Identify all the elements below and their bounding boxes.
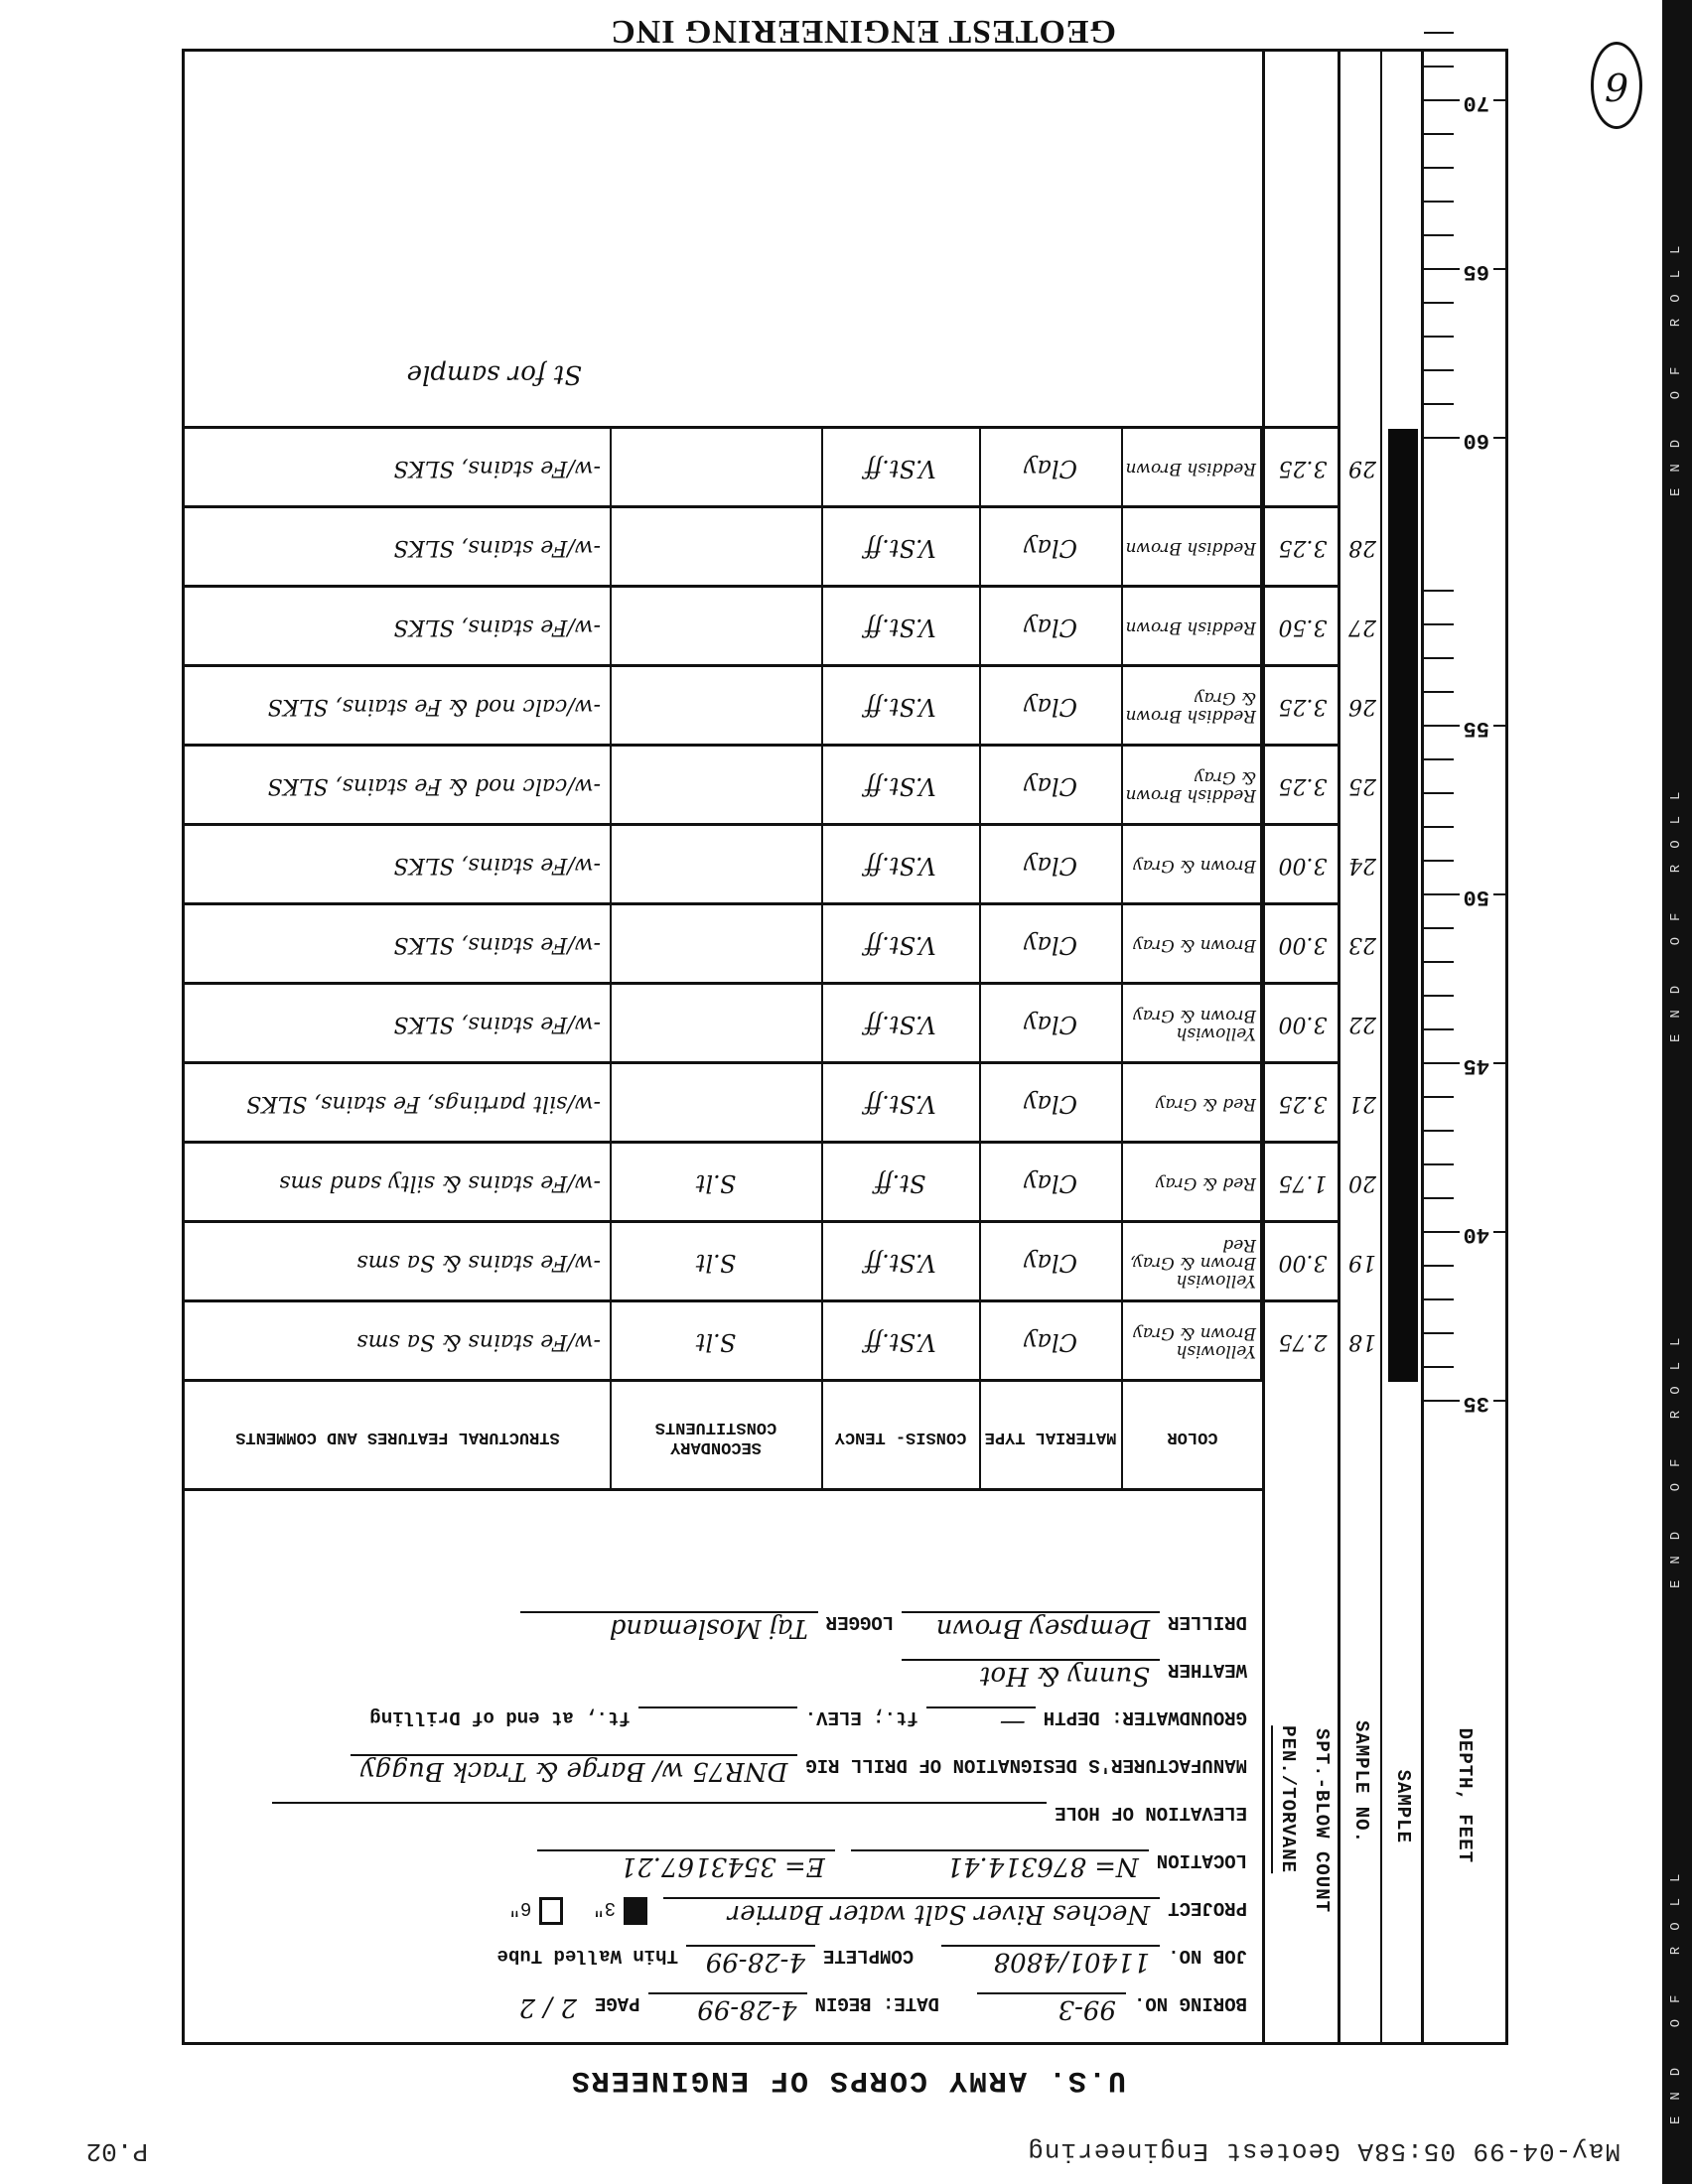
depth-minor-tick [1424,1298,1454,1300]
groundwater-depth-label: GROUNDWATER: DEPTH [1044,1706,1247,1728]
comment-cell: -w/Fe stains, SLKS [184,826,609,905]
depth-minor-tick [1424,1096,1454,1098]
blow-count-cell: 3.00 [1265,826,1340,905]
roll-text: END OF ROLL [1668,1858,1684,2124]
consistency-cell: St.ff [823,1144,978,1223]
table-row: 223.00Yellowish Brown & GrayClayV.St.ff-… [185,982,1340,1064]
material-cell: Clay [981,508,1120,588]
depth-tick-label: 55 [1460,716,1493,741]
material-cell: Clay [981,1223,1120,1302]
page-value: 2 / 2 [428,1992,587,2022]
job-no-label: JOB NO. [1168,1945,1247,1967]
complete-value: 4-28-99 [686,1945,815,1977]
consistency-cell: V.St.ff [823,667,978,747]
groundwater-elev-label: ft.; ELEV. [805,1706,918,1728]
secondary-cell [612,747,820,826]
sample-no-cell: 24 [1342,826,1382,905]
depth-minor-tick [1424,66,1454,68]
project-row: PROJECT Neches River Salt water Barrier … [509,1897,1247,1937]
consistency-cell: V.St.ff [823,905,978,985]
secondary-cell [612,667,820,747]
color-cell: Yellowish Brown & Gray, Red [1117,1223,1262,1302]
material-cell: Clay [981,747,1120,826]
comment-cell: -w/Fe stains, SLKS [184,429,609,508]
col-consistency: CONSIS- TENCY [821,1382,978,1491]
comment-cell: -w/Fe stains & Sa sms [184,1223,609,1302]
table-row: 293.25Reddish BrownClayV.St.ff-w/Fe stai… [185,426,1340,508]
header-info: BORING NO. 99-3 DATE: BEGIN 4-28-99 PAGE… [185,1488,1262,2042]
spt-blow-label: SPT.-BLOW COUNT [1311,1728,1333,1913]
column-divider [1121,429,1123,1382]
consistency-cell: V.St.ff [823,985,978,1064]
sample-no-cell: 27 [1342,588,1382,667]
depth-minor-tick [1424,590,1454,592]
depth-minor-tick [1424,1028,1454,1030]
depth-minor-tick [1424,1332,1454,1334]
depth-minor-tick [1424,623,1454,625]
consistency-cell: V.St.ff [823,1223,978,1302]
boring-no-value: 99-3 [977,1992,1126,2024]
color-cell: Reddish Brown [1117,429,1262,508]
end-of-roll-strip: END OF ROLL END OF ROLL END OF ROLL END … [1662,0,1692,2184]
location-east: E= 3543167.21 [537,1849,835,1881]
comment-cell: -w/Fe stains, SLKS [184,985,609,1064]
comment-cell: -w/Fe stains, SLKS [184,905,609,985]
consistency-cell: V.St.ff [823,588,978,667]
sample-no-cell: 20 [1342,1144,1382,1223]
material-cell: Clay [981,826,1120,905]
sample-no-cell: 21 [1342,1064,1382,1144]
depth-tick-label: 40 [1460,1222,1493,1247]
blow-count-cell: 3.25 [1265,429,1340,508]
pen-torvane-label: PEN./TORVANE [1271,1725,1299,1873]
consistency-cell: V.St.ff [823,1302,978,1382]
color-cell: Reddish Brown & Gray [1117,747,1262,826]
company-name: GEOTEST ENGINEERING INC [610,12,1116,50]
secondary-cell [612,1064,820,1144]
weather-row: WEATHER Sunny & Hot [894,1659,1247,1699]
color-cell: Reddish Brown & Gray [1117,667,1262,747]
fax-page-number: P.02 [86,2136,148,2166]
job-row: JOB NO. 11401/4808 COMPLETE 4-28-99 Thin… [497,1945,1247,1984]
color-cell: Yellowish Brown & Gray [1117,985,1262,1064]
comment-cell: -w/calc nod & Fe stains, SLKS [184,667,609,747]
depth-minor-tick [1424,961,1454,963]
driller-label: DRILLER [1168,1611,1247,1633]
sampler-6in-checkbox[interactable] [539,1897,563,1925]
blow-count-cell: 2.75 [1265,1302,1340,1382]
material-cell: Clay [981,429,1120,508]
depth-minor-tick [1424,927,1454,929]
depth-minor-tick [1424,201,1454,203]
boring-row: BORING NO. 99-3 DATE: BEGIN 4-28-99 PAGE… [420,1992,1247,2032]
sample-no-cell: 25 [1342,747,1382,826]
material-cell: Clay [981,905,1120,985]
blow-count-cell: 3.25 [1265,667,1340,747]
sample-no-cell: 26 [1342,667,1382,747]
depth-minor-tick [1424,1130,1454,1132]
fax-header: May-04-99 05:58A Geotest Engineering [1027,2136,1621,2166]
color-cell: Reddish Brown [1117,508,1262,588]
roll-text: END OF ROLL [1668,230,1684,496]
depth-label: DEPTH, FEET [1454,1728,1476,1863]
depth-minor-tick [1424,133,1454,135]
color-cell: Red & Gray [1117,1144,1262,1223]
comment-cell: -w/silt partings, Fe stains, SLKS [184,1064,609,1144]
depth-minor-tick [1424,657,1454,659]
boring-log-sheet: May-04-99 05:58A Geotest Engineering P.0… [0,0,1692,2184]
log-form: DEPTH, FEET SAMPLE SAMPLE NO. PEN./TORVA… [182,49,1508,2045]
drill-rig-label: MANUFACTURER'S DESIGNATION OF DRILL RIG [805,1754,1247,1776]
color-cell: Red & Gray [1117,1064,1262,1144]
table-row: 233.00Brown & GrayClayV.St.ff-w/Fe stain… [185,902,1340,985]
secondary-cell [612,826,820,905]
sample-no-cell: 18 [1342,1302,1382,1382]
table-row: 182.75Yellowish Brown & GrayClayV.St.ffS… [185,1299,1340,1382]
weather-label: WEATHER [1168,1659,1247,1681]
agency-title: U.S. ARMY CORPS OF ENGINEERS [570,2063,1126,2097]
color-cell: Brown & Gray [1117,905,1262,985]
material-cell: Clay [981,985,1120,1064]
column-headers: COLOR MATERIAL TYPE CONSIS- TENCY SECOND… [185,1379,1262,1491]
sample-no-cell: 19 [1342,1223,1382,1302]
material-cell: Clay [981,1302,1120,1382]
page-marker-circle: 6 [1591,42,1642,129]
table-row: 273.50Reddish BrownClayV.St.ff-w/Fe stai… [185,585,1340,667]
job-no-value: 11401/4808 [941,1945,1160,1977]
table-row: 193.00Yellowish Brown & Gray, RedClayV.S… [185,1220,1340,1302]
location-label: LOCATION [1157,1849,1247,1871]
sample-no-label: SAMPLE NO. [1350,1720,1372,1843]
table-row: 243.00Brown & GrayClayV.St.ff-w/Fe stain… [185,823,1340,905]
depth-minor-tick [1424,860,1454,862]
depth-minor-tick [1424,995,1454,997]
sample-no-cell: 28 [1342,508,1382,588]
comment-cell: -w/Fe stains, SLKS [184,588,609,667]
date-begin-label: DATE: BEGIN [815,1992,939,2014]
blow-count-cell: 3.00 [1265,1223,1340,1302]
table-row: 201.75Red & GrayClaySt.ffS.lt-w/Fe stain… [185,1141,1340,1223]
table-row: 283.25Reddish BrownClayV.St.ff-w/Fe stai… [185,505,1340,588]
depth-minor-tick [1424,32,1454,34]
blow-count-cell: 1.75 [1265,1144,1340,1223]
sample-no-cell: 29 [1342,429,1382,508]
complete-label: COMPLETE [823,1945,914,1967]
blow-count-cell: 3.25 [1265,747,1340,826]
consistency-cell: V.St.ff [823,747,978,826]
consistency-cell: V.St.ff [823,429,978,508]
drill-rig-row: MANUFACTURER'S DESIGNATION OF DRILL RIG … [343,1754,1247,1794]
comment-cell: -w/Fe stains, SLKS [184,508,609,588]
col-material: MATERIAL TYPE [979,1382,1120,1491]
blow-count-cell: 3.25 [1265,1064,1340,1144]
elevation-row: ELEVATION OF HOLE [264,1802,1247,1842]
blow-count-cell: 3.25 [1265,508,1340,588]
col-secondary: SECONDARY CONSTITUENTS [610,1382,820,1491]
blow-count-cell: 3.00 [1265,905,1340,985]
depth-minor-tick [1424,1197,1454,1199]
blow-count-cell: 3.00 [1265,985,1340,1064]
secondary-cell [612,588,820,667]
sample-recovery-bar [1388,429,1418,1382]
logger-label: LOGGER [826,1611,894,1633]
depth-minor-tick [1424,167,1454,169]
material-cell: Clay [981,1064,1120,1144]
depth-tick-label: 35 [1460,1391,1493,1416]
material-cell: Clay [981,588,1120,667]
depth-tick-label: 70 [1460,90,1493,115]
column-divider [1260,429,1262,1382]
project-label: PROJECT [1168,1897,1247,1919]
table-row: 213.25Red & GrayClayV.St.ff-w/silt parti… [185,1061,1340,1144]
roll-text: END OF ROLL [1668,1322,1684,1588]
logger-value: Taj Moslemand [520,1611,818,1643]
secondary-cell [612,905,820,985]
sample-no-cell: 22 [1342,985,1382,1064]
roll-text: END OF ROLL [1668,776,1684,1042]
elevation-value [272,1802,1047,1804]
comment-cell: -w/Fe stains & silty sand sms [184,1144,609,1223]
driller-value: Dempsey Brown [902,1611,1160,1643]
page-label: PAGE [595,1992,640,2014]
color-cell: Brown & Gray [1117,826,1262,905]
sampler-3in-label: 3" [593,1897,616,1919]
comment-cell: -w/Fe stains & Sa sms [184,1302,609,1382]
secondary-cell [612,508,820,588]
comment-cell: -w/calc nod & Fe stains, SLKS [184,747,609,826]
driller-row: DRILLER Dempsey Brown LOGGER Taj Moslema… [512,1611,1247,1651]
consistency-cell: V.St.ff [823,1064,978,1144]
sample-no-cell: 23 [1342,905,1382,985]
material-cell: Clay [981,1144,1120,1223]
sampler-6in-label: 6" [509,1897,532,1919]
column-divider [979,429,981,1382]
depth-minor-tick [1424,403,1454,405]
column-divider [821,429,823,1382]
location-north: N= 876314.41 [851,1849,1149,1881]
drill-rig-value: DNR75 w/ Barge & Track Buggy [351,1754,797,1786]
consistency-cell: V.St.ff [823,508,978,588]
consistency-cell: V.St.ff [823,826,978,905]
depth-tick-label: 45 [1460,1053,1493,1078]
sample-label: SAMPLE [1392,1770,1414,1843]
sampler-label: Thin Walled Tube [497,1945,678,1967]
groundwater-row: GROUNDWATER: DEPTH — ft.; ELEV. ft., at … [369,1706,1247,1746]
boring-no-label: BORING NO. [1134,1992,1247,2014]
depth-minor-tick [1424,1366,1454,1368]
secondary-cell [612,985,820,1064]
column-divider [610,429,612,1382]
table-row: 263.25Reddish Brown & GrayClayV.St.ff-w/… [185,664,1340,747]
depth-minor-tick [1424,369,1454,371]
depth-minor-tick [1424,336,1454,338]
secondary-cell [612,429,820,508]
depth-minor-tick [1424,792,1454,794]
project-value: Neches River Salt water Barrier [663,1897,1160,1929]
color-cell: Yellowish Brown & Gray [1117,1302,1262,1382]
depth-minor-tick [1424,302,1454,304]
depth-tick-label: 50 [1460,885,1493,909]
depth-tick-label: 65 [1460,259,1493,284]
depth-column: DEPTH, FEET [1421,52,1505,2042]
col-structural: STRUCTURAL FEATURES AND COMMENTS [187,1382,609,1491]
col-color: COLOR [1121,1382,1262,1491]
end-note: St for sample [407,359,582,389]
date-begin-value: 4-28-99 [648,1992,807,2024]
color-cell: Reddish Brown [1117,588,1262,667]
location-row: LOCATION N= 876314.41 E= 3543167.21 [529,1849,1247,1889]
secondary-cell: S.lt [612,1223,820,1302]
depth-minor-tick [1424,1163,1454,1165]
depth-minor-tick [1424,826,1454,828]
blow-count-cell: 3.50 [1265,588,1340,667]
sampler-3in-checkbox[interactable] [624,1897,647,1925]
depth-minor-tick [1424,691,1454,693]
depth-minor-tick [1424,758,1454,760]
depth-minor-tick [1424,1265,1454,1267]
material-cell: Clay [981,667,1120,747]
elevation-label: ELEVATION OF HOLE [1055,1802,1247,1824]
table-row: 253.25Reddish Brown & GrayClayV.St.ff-w/… [185,744,1340,826]
secondary-cell: S.lt [612,1302,820,1382]
depth-minor-tick [1424,234,1454,236]
depth-tick-label: 60 [1460,428,1493,453]
secondary-cell: S.lt [612,1144,820,1223]
groundwater-end-label: ft., at end of Drilling [369,1706,630,1728]
weather-value: Sunny & Hot [902,1659,1160,1691]
